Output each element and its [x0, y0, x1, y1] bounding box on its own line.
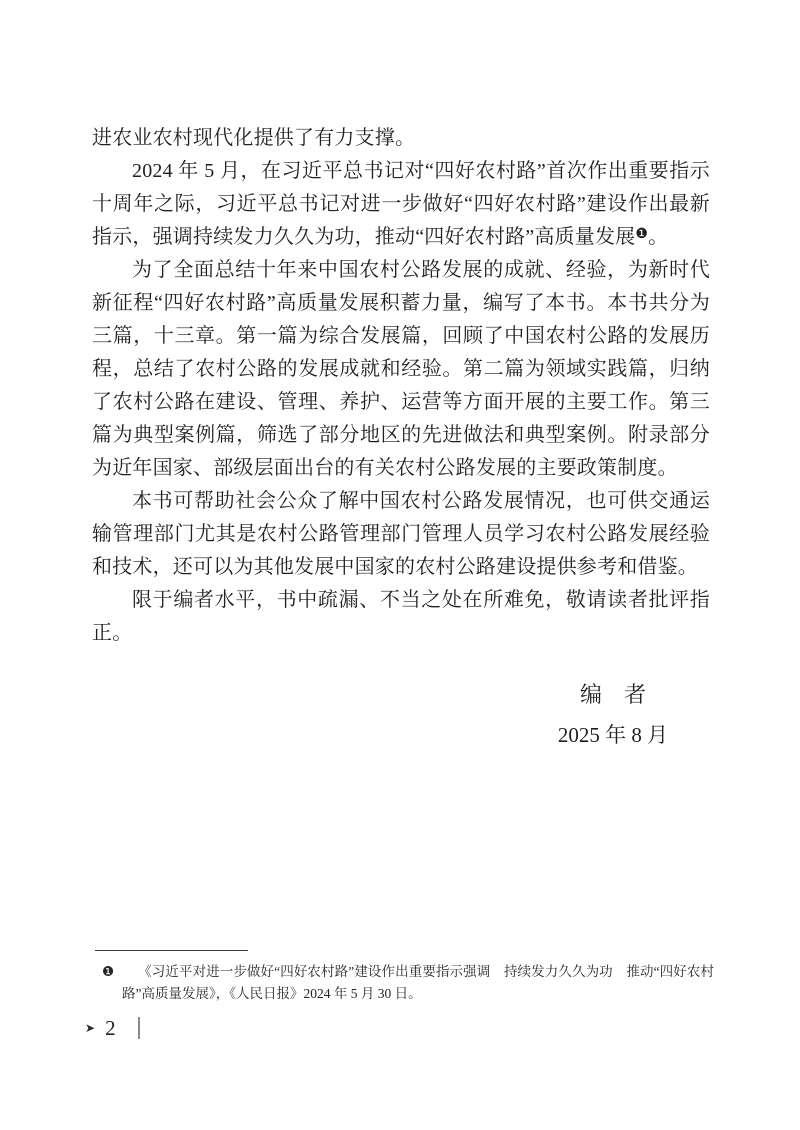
paragraph-apology: 限于编者水平，书中疏漏、不当之处在所难免，敬请读者批评指正。 [92, 584, 710, 650]
paragraph-audience: 本书可帮助社会公众了解中国农村公路发展情况，也可供交通运输管理部门尤其是农村公路… [92, 485, 710, 584]
paragraph-text: 2024 年 5 月，在习近平总书记对“四好农村路”首次作出重要指示十周年之际，… [92, 160, 710, 248]
footnote-entry: ❶《习近平对进一步做好“四好农村路”建设作出重要指示强调 持续发力久久为功 推动… [102, 961, 714, 1005]
book-page: 进农业农村现代化提供了有力支撑。 2024 年 5 月，在习近平总书记对“四好农… [0, 0, 800, 1130]
footnote-marker: ❶ [102, 961, 138, 983]
signature-date: 2025 年 8 月 [463, 715, 763, 755]
signature-author: 编 者 [463, 675, 763, 715]
page-footer: ➤ 2 [85, 1014, 140, 1042]
footnote-reference-marker: ❶ [635, 227, 648, 242]
paragraph-book-structure: 为了全面总结十年来中国农村公路发展的成就、经验，为新时代新征程“四好农村路”高质… [92, 254, 710, 485]
paragraph-indication-2024: 2024 年 5 月，在习近平总书记对“四好农村路”首次作出重要指示十周年之际，… [92, 155, 710, 254]
preface-body: 进农业农村现代化提供了有力支撑。 2024 年 5 月，在习近平总书记对“四好农… [92, 122, 710, 650]
footnote-text: 《习近平对进一步做好“四好农村路”建设作出重要指示强调 持续发力久久为功 推动“… [122, 964, 714, 1001]
footnote: ❶《习近平对进一步做好“四好农村路”建设作出重要指示强调 持续发力久久为功 推动… [102, 961, 714, 1005]
signature-block: 编 者 2025 年 8 月 [463, 675, 763, 755]
paragraph-continuation: 进农业农村现代化提供了有力支撑。 [92, 122, 710, 155]
arrow-icon: ➤ [85, 1022, 95, 1034]
footnote-separator-rule [95, 950, 248, 951]
page-number: 2 [105, 1018, 116, 1039]
divider-bar [138, 1017, 140, 1039]
paragraph-text-end: 。 [648, 226, 668, 248]
